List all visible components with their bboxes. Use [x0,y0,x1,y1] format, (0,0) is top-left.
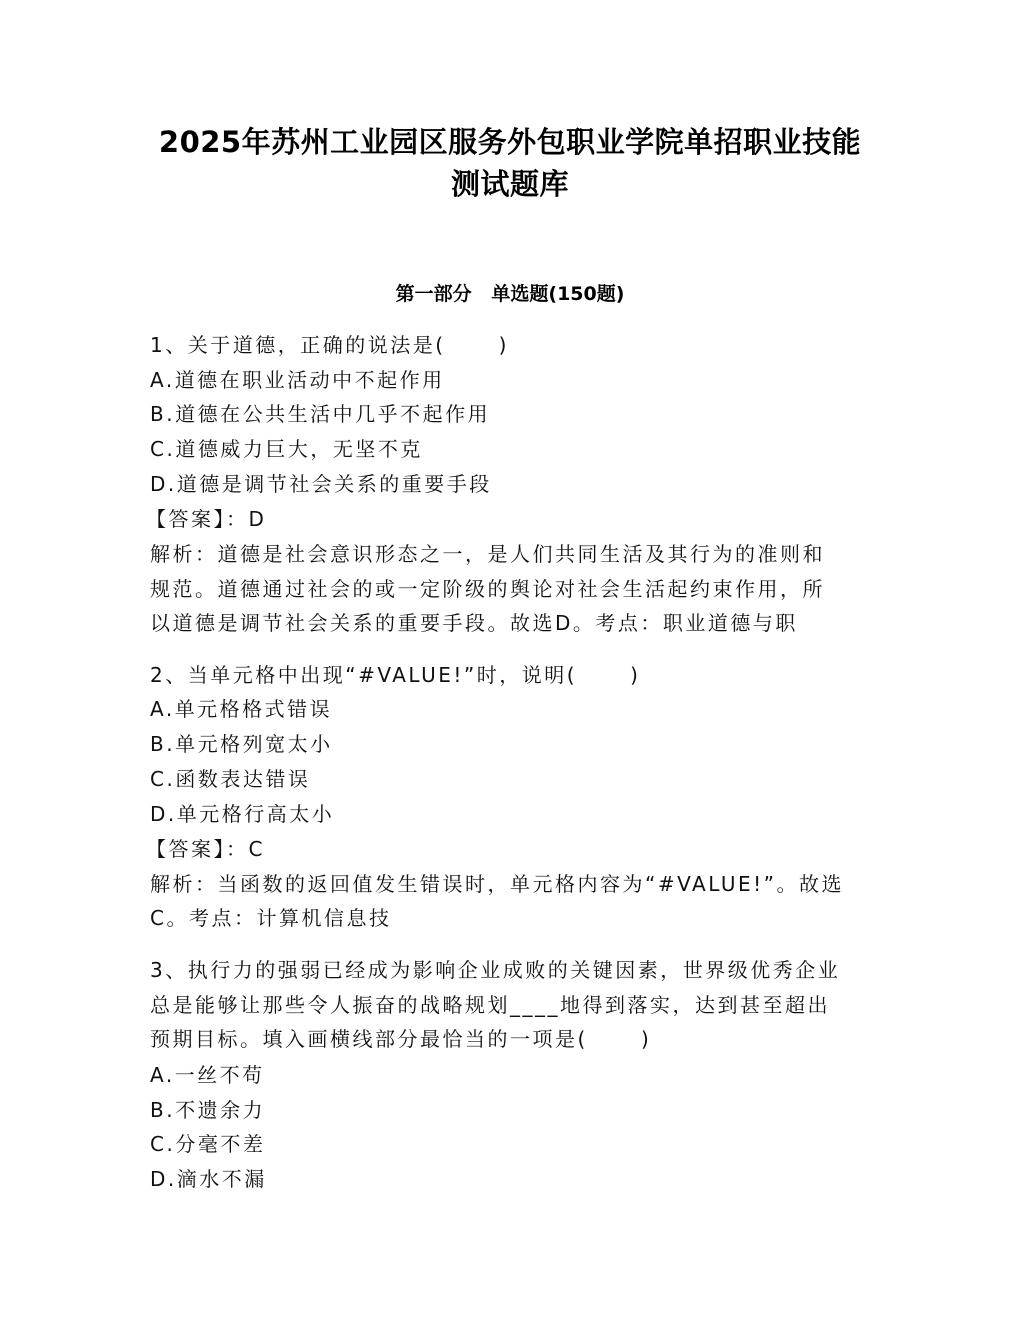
analysis-line: C。考点：计算机信息技 [150,901,870,935]
option-d: D.道德是调节社会关系的重要手段 [150,467,870,501]
analysis-line: 以道德是调节社会关系的重要手段。故选D。考点：职业道德与职 [150,606,870,640]
option-c: C.道德威力巨大，无坚不克 [150,432,870,466]
option-c: C.函数表达错误 [150,762,870,796]
document-page: 2025年苏州工业园区服务外包职业学院单招职业技能 测试题库 第一部分 单选题(… [0,0,1020,1320]
answer-label: 【答案】：C [146,832,866,866]
option-c: C.分毫不差 [150,1127,870,1161]
option-a: A.一丝不苟 [150,1058,870,1092]
document-title-line2: 测试题库 [100,162,920,206]
question-stem: 1、关于道德，正确的说法是( ) [150,328,870,362]
question-stem: 总是能够让那些令人振奋的战略规划____地得到落实，达到甚至超出 [150,988,870,1022]
answer-label: 【答案】：D [146,502,866,536]
analysis-line: 规范。道德通过社会的或一定阶级的舆论对社会生活起约束作用，所 [150,572,870,606]
question-stem: 3、执行力的强弱已经成为影响企业成败的关键因素，世界级优秀企业 [150,953,870,987]
analysis-line: 解析：道德是社会意识形态之一，是人们共同生活及其行为的准则和 [150,537,870,571]
question-stem: 预期目标。填入画横线部分最恰当的一项是( ) [150,1022,870,1056]
option-b: B.道德在公共生活中几乎不起作用 [150,397,870,431]
section-heading: 第一部分 单选题(150题) [0,280,1020,308]
option-a: A.单元格格式错误 [150,692,870,726]
option-b: B.单元格列宽太小 [150,727,870,761]
option-b: B.不遗余力 [150,1093,870,1127]
document-title-line1: 2025年苏州工业园区服务外包职业学院单招职业技能 [100,120,920,164]
option-d: D.滴水不漏 [150,1162,870,1196]
analysis-line: 解析：当函数的返回值发生错误时，单元格内容为“#VALUE!”。故选 [150,867,870,901]
option-d: D.单元格行高太小 [150,797,870,831]
option-a: A.道德在职业活动中不起作用 [150,363,870,397]
question-stem: 2、当单元格中出现“#VALUE!”时，说明( ) [150,658,870,692]
